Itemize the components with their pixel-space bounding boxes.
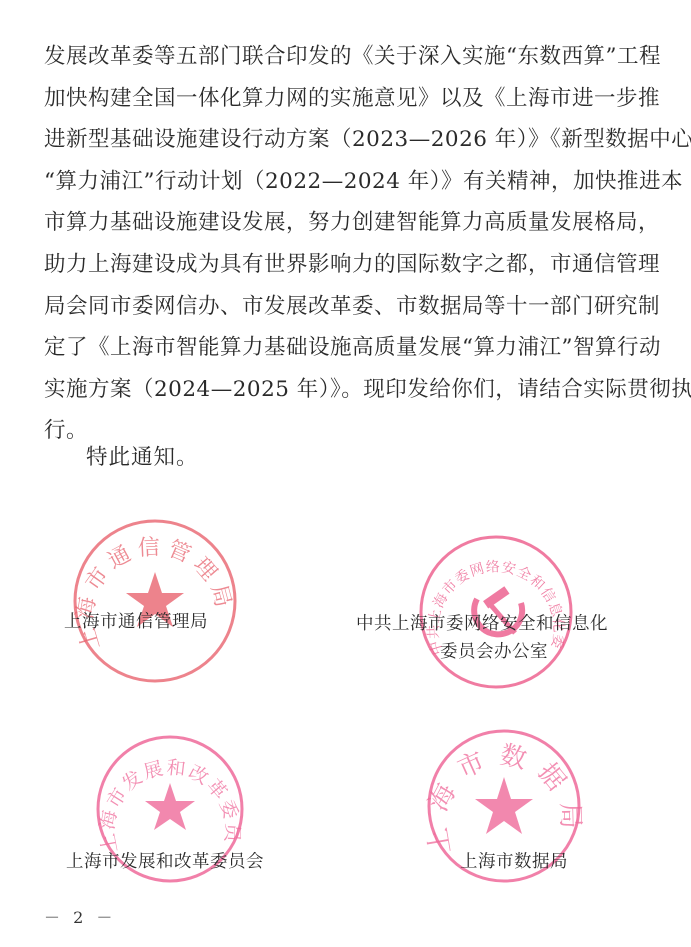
page-number: － 2 － [44,905,116,928]
official-seal-communications-bureau: 上海市通信管理局 [71,517,239,685]
paragraph-line: 局会同市委网信办、市发展改革委、市数据局等十一部门研究制 [44,286,648,328]
signatory-name: 上海市数据局 [460,848,568,873]
signatory-name-line2: 委员会办公室 [440,638,548,663]
paragraph-line: 助力上海建设成为具有世界影响力的国际数字之都，市通信管理 [44,244,648,286]
body-paragraph: 发展改革委等五部门联合印发的《关于深入实施“东数西算”工程 加快构建全国一体化算… [44,36,648,452]
signatory-name: 上海市通信管理局 [64,608,208,633]
paragraph-line: 发展改革委等五部门联合印发的《关于深入实施“东数西算”工程 [44,36,648,78]
document-page: 发展改革委等五部门联合印发的《关于深入实施“东数西算”工程 加快构建全国一体化算… [0,0,691,947]
seal-ring-icon: 上海市通信管理局 [71,517,239,685]
paragraph-line: 进新型基础设施建设行动方案（2023—2026 年）》《新型数据中心 [44,119,648,161]
paragraph-line: 市算力基础设施建设发展，努力创建智能算力高质量发展格局， [44,202,648,244]
signatory-name-line1: 中共上海市委网络安全和信息化 [356,610,608,635]
paragraph-line: “算力浦江”行动计划（2022—2024 年）》有关精神，加快推进本 [44,161,648,203]
star-icon [145,783,195,830]
signatory-name: 上海市发展和改革委员会 [66,848,264,873]
star-icon [475,777,533,834]
paragraph-line: 加快构建全国一体化算力网的实施意见》以及《上海市进一步推 [44,78,648,120]
paragraph-line: 实施方案（2024—2025 年）》。现印发给你们，请结合实际贯彻执 [44,369,648,411]
paragraph-line: 定了《上海市智能算力基础设施高质量发展“算力浦江”智算行动 [44,327,648,369]
closing-remark: 特此通知。 [86,443,199,473]
